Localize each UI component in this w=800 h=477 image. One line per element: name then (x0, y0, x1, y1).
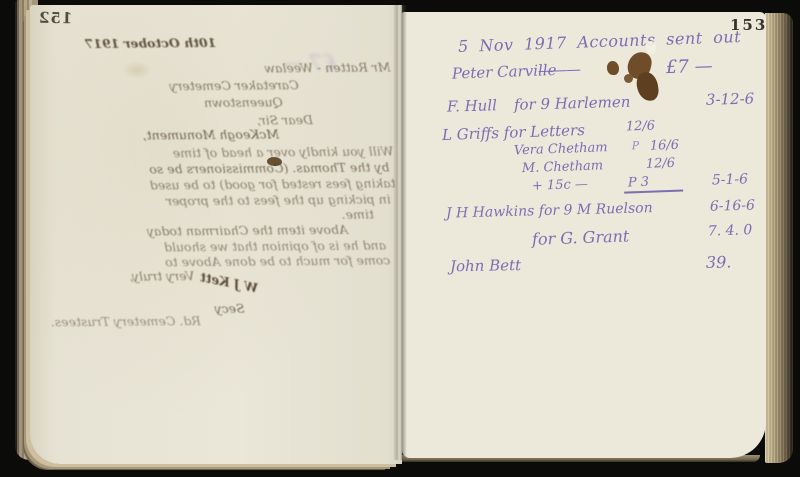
entry-amount: £7 — (666, 56, 713, 79)
letter-date: 10th October 1917 (85, 35, 217, 51)
entry-fee: 12/6 (646, 156, 676, 172)
entry-name: Vera Chetham (514, 140, 608, 158)
letter-address-line: Mr Ratten - Weelaw (264, 59, 390, 75)
ink-blot (607, 61, 619, 75)
entry-name: for G. Grant (532, 226, 630, 248)
letter-body-line: Above item the Chairman today (147, 222, 348, 239)
letter-subject: McKeogh Monument, (143, 126, 280, 142)
entry-name: L Griffs for Letters (442, 121, 585, 144)
entry-amount: 6-16-6 (710, 198, 755, 215)
ledger-row: Peter Carville ——— £7 — (402, 54, 767, 89)
letter-body-line: by the Thomas. (Commissioners be so (149, 159, 389, 176)
open-ledger-book: 152 £7 — 10th October 1917 Mr Ratten - W… (0, 0, 800, 477)
entry-amount: 7. 4. 0 (708, 222, 753, 240)
letter-signature-title: Secy (215, 301, 245, 316)
right-page-edge-stack (765, 13, 793, 463)
letter-address-line: Caretaker Cemetery (169, 77, 299, 93)
letter-salutation: Dear Sir, (257, 112, 313, 127)
letter-body-line: time. (342, 207, 374, 222)
entry-mark-underlined: P 3 (624, 174, 684, 194)
entry-amount: 5-1-6 (712, 171, 749, 188)
entry-mark: P (632, 139, 640, 152)
letter-footer: Rd. Cemetery Trustees. (51, 313, 201, 329)
entry-fee: 12/6 (626, 119, 656, 135)
paper-speck (646, 41, 656, 54)
ledger-row: John Bett 39. (402, 252, 766, 280)
entry-name: + 15c — (532, 177, 588, 194)
entry-amount: 39. (706, 252, 732, 271)
entry-amount: 3-12-6 (706, 90, 755, 109)
entry-detail: for 9 Harlemen (514, 93, 631, 114)
letter-closing: Very truly, (130, 268, 195, 284)
left-page: 152 £7 — 10th October 1917 Mr Ratten - W… (30, 5, 402, 464)
letter-signature: W J Kett (199, 269, 260, 295)
letter-body-line: come for much to be done Above to (165, 252, 390, 269)
right-page-content: 153 5 Nov 1917 Accounts sent out Peter C… (402, 12, 766, 458)
ink-blot (624, 74, 633, 83)
entry-name: J H Hawkins for 9 M Ruelson (446, 200, 653, 221)
entry-name: F. Hull (447, 96, 497, 115)
letter-body-line: Will you kindly over a head of time (173, 143, 394, 160)
ledger-heading: 5 Nov 1917 Accounts sent out (458, 27, 742, 56)
mirrored-letter-bleedthrough: 10th October 1917 Mr Ratten - Weelaw Car… (34, 7, 398, 460)
letter-address-line: Queenstown (204, 94, 283, 110)
scanned-ledger-photo: { "colors": { "background": "#0b0b09", "… (0, 0, 800, 477)
entry-name: M. Chetham (522, 158, 604, 176)
entry-fee: 16/6 (650, 138, 680, 154)
letter-body-line: taking fees rested for good) to be used (150, 175, 396, 192)
entry-name: John Bett (450, 256, 521, 275)
entry-dash: ——— (538, 60, 581, 79)
